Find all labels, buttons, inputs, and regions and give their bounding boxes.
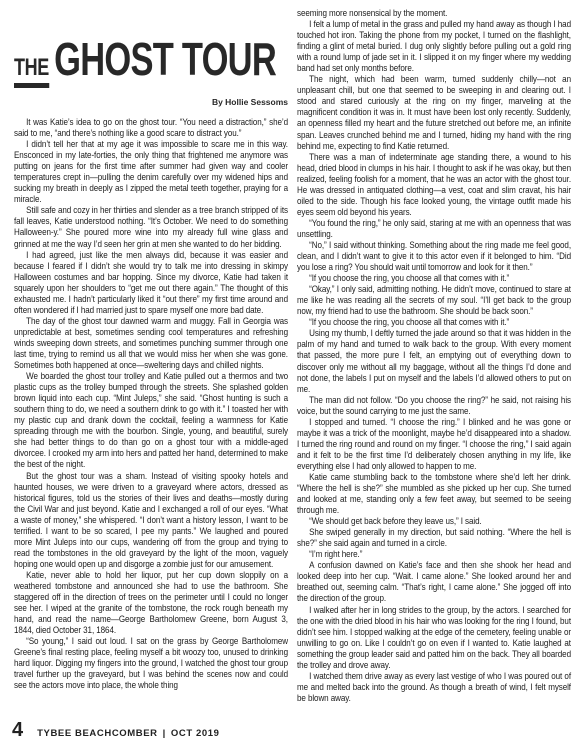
paragraph: She swiped generally in my direction, bu… bbox=[297, 527, 571, 549]
page-footer: 4 TYBEE BEACHCOMBER|OCT 2019 bbox=[12, 719, 225, 742]
title-main-text: GHOST TOUR bbox=[54, 33, 276, 85]
paragraph: The night, which had been warm, turned s… bbox=[297, 74, 571, 151]
paragraph: I felt a lump of metal in the grass and … bbox=[297, 19, 571, 74]
paragraph: “So young,” I said out loud. I sat on th… bbox=[14, 636, 288, 691]
paragraph: It was Katie’s idea to go on the ghost t… bbox=[14, 117, 288, 139]
publication-line: TYBEE BEACHCOMBER|OCT 2019 bbox=[37, 728, 224, 739]
paragraph: Still safe and cozy in her thirties and … bbox=[14, 205, 288, 249]
article-header: THEGHOST TOUR By Hollie Sessoms bbox=[14, 36, 288, 107]
paragraph: We boarded the ghost tour trolley and Ka… bbox=[14, 371, 288, 470]
paragraph: “Okay,” I only said, admitting nothing. … bbox=[297, 284, 571, 317]
paragraph: I walked after her in long strides to th… bbox=[297, 605, 571, 671]
page-number: 4 bbox=[12, 719, 23, 742]
article-title: THEGHOST TOUR bbox=[14, 36, 220, 91]
paragraph: A confusion dawned on Katie’s face and t… bbox=[297, 560, 571, 604]
paragraph: “I’m right here.” bbox=[297, 549, 571, 560]
paragraph: Katie, never able to hold her liquor, pu… bbox=[14, 570, 288, 636]
byline: By Hollie Sessoms bbox=[14, 97, 288, 107]
right-column: seeming more nonsensical by the moment.I… bbox=[297, 8, 571, 704]
footer-separator: | bbox=[163, 728, 166, 739]
paragraph: But the ghost tour was a sham. Instead o… bbox=[14, 471, 288, 570]
paragraph: “You found the ring,” he only said, star… bbox=[297, 218, 571, 240]
left-column: THEGHOST TOUR By Hollie Sessoms It was K… bbox=[14, 10, 288, 691]
paragraph: I stopped and turned. “I choose the ring… bbox=[297, 417, 571, 472]
title-word-the: THE bbox=[14, 54, 49, 88]
paragraph: I watched them drive away as every last … bbox=[297, 671, 571, 704]
paragraph: Using my thumb, I deftly turned the jade… bbox=[297, 328, 571, 394]
paragraph: The day of the ghost tour dawned warm an… bbox=[14, 316, 288, 371]
left-column-text: It was Katie’s idea to go on the ghost t… bbox=[14, 117, 288, 691]
paragraph: “If you choose the ring, you choose all … bbox=[297, 273, 571, 284]
paragraph: The man did not follow. “Do you choose t… bbox=[297, 395, 571, 417]
publication-name: TYBEE BEACHCOMBER bbox=[37, 728, 158, 739]
issue-date: OCT 2019 bbox=[171, 728, 220, 739]
paragraph: “No,” I said without thinking. Something… bbox=[297, 240, 571, 273]
paragraph: Katie came stumbling back to the tombsto… bbox=[297, 472, 571, 516]
paragraph: I didn’t tell her that at my age it was … bbox=[14, 139, 288, 205]
paragraph: “We should get back before they leave us… bbox=[297, 516, 571, 527]
paragraph: “If you choose the ring, you choose all … bbox=[297, 317, 571, 328]
paragraph: seeming more nonsensical by the moment. bbox=[297, 8, 571, 19]
paragraph: I had agreed, just like the men always d… bbox=[14, 250, 288, 316]
magazine-page: THEGHOST TOUR By Hollie Sessoms It was K… bbox=[0, 0, 581, 751]
paragraph: There was a man of indeterminate age sta… bbox=[297, 152, 571, 218]
right-column-text: seeming more nonsensical by the moment.I… bbox=[297, 8, 571, 704]
